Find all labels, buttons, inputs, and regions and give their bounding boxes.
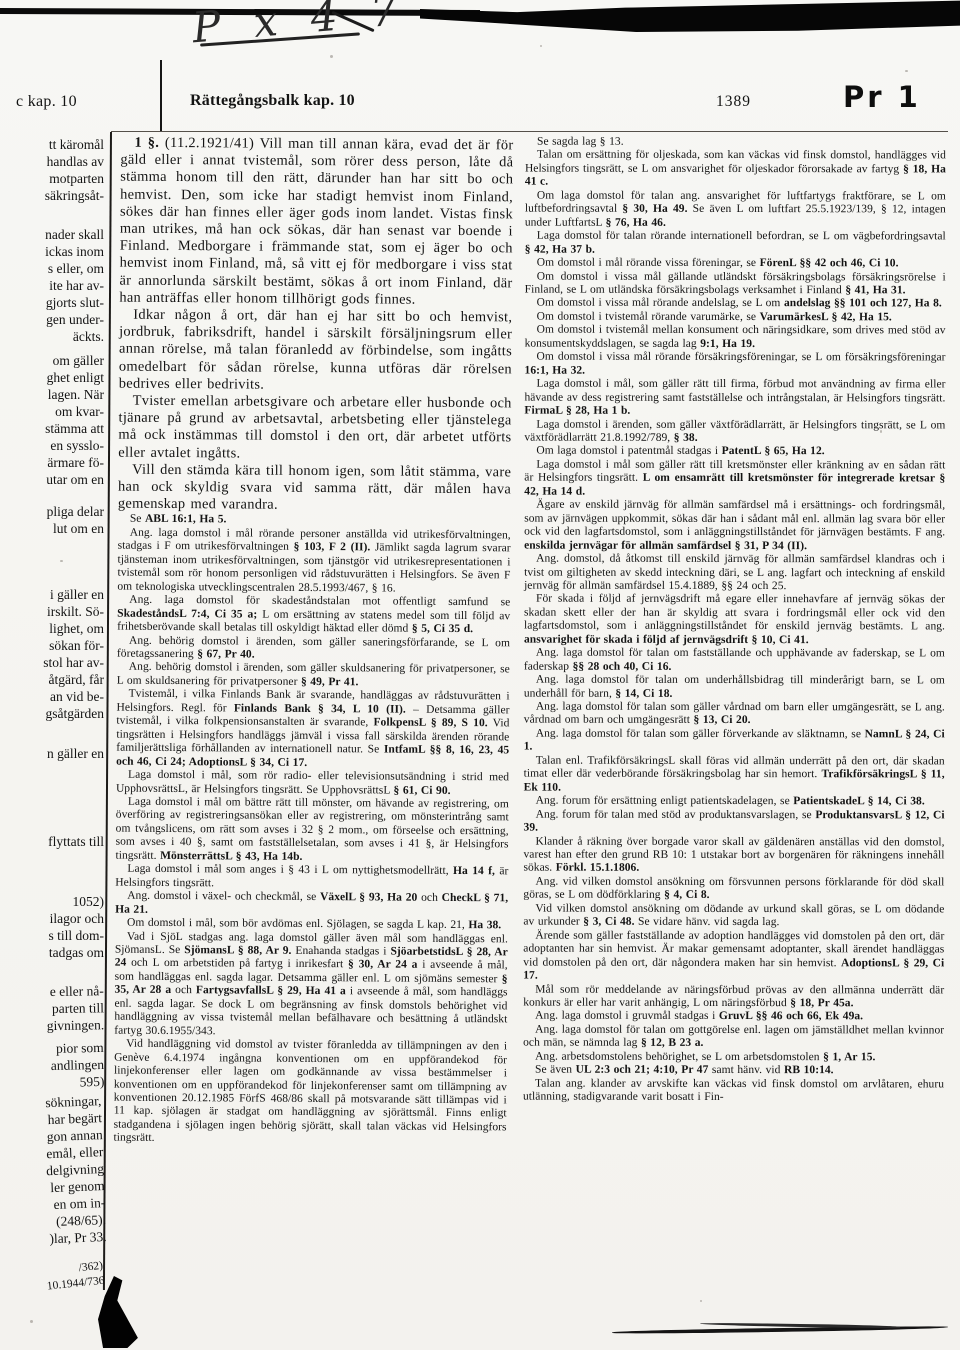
page-number: 1389 [716,93,751,111]
statute-paragraph: Vill den stämda kära till honom igen, so… [118,461,511,515]
annotation-paragraph: Om laga domstol för talan ang. ansvarigh… [525,189,946,230]
margin-text-fragment: nader skallickas inoms eller, omite har … [2,226,104,345]
margin-text-fragment: tt käromålhandlas avmotpartensäkringsåt- [2,136,104,204]
annotation-paragraph: Tvistemål, i vilka Finlands Bank är svar… [116,688,510,771]
margin-fragment-line: lut om en [2,520,104,537]
annotation-paragraph: Mål som rör meddelande av näringsförbud … [523,983,944,1011]
margin-text-fragment: /362)10.1944/736 [1,1259,106,1299]
annotation-paragraph: För skada i följd af jernvägsdrift må eg… [524,593,945,648]
annotation-paragraph: Ang. laga domstol för talan om fastställ… [524,647,945,675]
margin-fragment-line: e eller nå- [2,982,104,1000]
header-divider-line [160,60,162,132]
margin-fragment-line: s eller, om [2,260,104,277]
margin-fragment-line: gsåtgärden [2,705,104,722]
statute-paragraph: Tvister emellan arbetsgivare och arbetar… [118,393,511,465]
margin-text-fragment: e eller nå-parten tillgivningen. [2,982,105,1034]
annotation-paragraph: Vid vilken domstol ansökning om dödande … [523,902,944,930]
annotation-paragraph: Ang. domstol i växel- och checkmål, se V… [115,890,508,920]
margin-fragment-line: i gäller en [2,586,104,603]
margin-fragment-line: motparten [2,170,104,187]
margin-fragment-line: 595) [2,1073,104,1092]
scan-speck [540,45,542,47]
margin-fragment-line: gjorts slut- [2,294,104,311]
annotation-paragraph: Om domstol i tvistemål mellan konsument … [525,324,946,352]
annotation-paragraph: Se sagda lag § 13. [525,136,946,150]
margin-fragment-line: tadgas om [2,944,104,961]
margin-text-fragment: n gäller en [2,745,104,762]
annotation-paragraph: Ang. forum för talan med stöd av produkt… [524,808,945,836]
margin-fragment-line: parten till [2,999,104,1017]
scan-speck [330,55,333,58]
section-code: Pr 1 [843,80,921,114]
margin-fragment-line: ghet enligt [2,369,104,386]
margin-fragment-line: ickas inom [2,243,104,260]
margin-fragment-line: om kvar- [2,403,104,420]
margin-fragment-line: pior som [1,1039,103,1058]
margin-fragment-line: säkringsåt- [2,187,104,204]
statute-paragraph: Idkar någon å ort, där han ej har sitt b… [119,307,513,396]
margin-fragment-line: n gäller en [2,745,104,762]
scan-speck [30,1320,33,1323]
annotation-paragraph: Ang. behörig domstol i ärenden, som gäll… [117,634,510,664]
annotation-paragraph: Ang. laga domstol för talan om underhåll… [524,674,945,702]
annotation-paragraph: Laga domstol i mål, som rör radio- eller… [116,769,509,799]
annotation-paragraph: Om domstol i vissa mål rörande försäkrin… [525,351,946,379]
annotation-paragraph: Om domstol i vissa mål rörande andelslag… [525,297,946,311]
margin-fragment-line: flyttats till [2,833,104,850]
annotation-paragraph: Vad i SjöL stadgas ang. laga domstol gäl… [114,930,508,1040]
annotation-paragraph: Om domstol i tvistemål rörande varumärke… [525,310,946,324]
annotation-paragraph: Laga domstol för talan rörande internati… [525,230,946,258]
page-title: Rättegångsbalk kap. 10 [190,92,355,110]
margin-fragment-line: äckts. [2,328,104,345]
left-text-column: 1 §. (11.2.1921/41) Vill man till annan … [113,135,513,1148]
margin-fragment-line: lagen. När [2,386,104,403]
annotation-paragraph: Laga domstol i mål, som gäller rätt till… [524,378,945,419]
margin-text-fragment: pliga delarlut om en [2,503,104,537]
scanned-law-page: { "header": { "margin_fragment": "c kap.… [0,0,960,1350]
annotation-paragraph: Vid handläggning vid domstol av tvister … [113,1038,507,1148]
annotation-paragraph: Laga domstol i mål som gäller rätt till … [524,458,945,499]
annotation-paragraph: Ang. laga domstol i mål rörande personer… [117,527,510,597]
margin-fragment-line: ilagor och [2,910,104,927]
scan-speck [700,1300,702,1302]
annotation-paragraph: Se även UL 2:3 och 21; 4:10, Pr 47 samt … [523,1064,944,1078]
annotation-paragraph: Talan enl. TrafikförsäkringsL skall föra… [524,754,945,795]
margin-text-fragment: om gällerghet enligtlagen. Närom kvar-st… [2,352,104,488]
annotation-paragraph: Ang. laga domstol för talan om gottgörel… [523,1023,944,1051]
margin-fragment-line: stol har av- [2,654,104,671]
right-text-column: Se sagda lag § 13.Talan om ersättning fö… [523,136,946,1106]
margin-text-fragment: pior somandlingen595) [1,1039,104,1092]
margin-fragment-line: andlingen [2,1056,104,1075]
annotation-paragraph: Om domstol i mål rörande vissa föreninga… [525,257,946,271]
margin-fragment-line: utar om en [2,471,104,488]
annotation-paragraph: Ang. laga domstol i gruvmål stadgas i Gr… [523,1010,944,1024]
margin-fragment-line: s till dom- [2,927,104,944]
annotation-paragraph: Ang. behörig domstol i ärenden, som gäll… [117,661,510,691]
margin-fragment-line: 1052) [2,893,104,910]
annotation-paragraph: Laga domstol i mål som anges i § 43 i L … [115,863,508,893]
margin-fragment-line: givningen. [2,1016,104,1034]
annotation-paragraph: Ägare av enskild järnväg för allmän samf… [524,499,945,554]
margin-fragment-line: gen under- [2,311,104,328]
facing-page-header-fragment: c kap. 10 [16,93,77,111]
annotation-paragraph: Talan om ersättning för oljeskada, som k… [525,149,946,190]
margin-fragment-line: en sysslo- [2,437,104,454]
header-rule-line [111,131,948,132]
annotation-paragraph: Ang. vid vilken domstol ansökning om för… [523,875,944,903]
annotation-paragraph: Om domstol i vissa mål gällande utländsk… [525,270,946,298]
margin-fragment-line: tt käromål [2,136,104,153]
margin-fragment-line: om gäller [2,352,104,369]
margin-fragment-line: pliga delar [2,503,104,520]
margin-fragment-line: an vid be- [2,688,104,705]
margin-fragment-line: ärmare fö- [2,454,104,471]
margin-divider-line [103,132,112,1290]
margin-fragment-line: stämma att [2,420,104,437]
annotation-paragraph: Laga domstol i mål om bättre rätt till m… [115,796,508,866]
scan-speck [905,70,908,72]
annotation-paragraph: Laga domstol i ärenden, som gäller växtf… [524,418,945,446]
margin-fragment-line: nader skall [2,226,104,243]
annotation-paragraph: Ang. laga domstol för talan som gäller f… [524,727,945,755]
annotation-paragraph: Ang. laga domstol för talan som gäller v… [524,701,945,729]
annotation-paragraph: Om laga domstol i patentmål stadgas i Pa… [524,445,945,459]
margin-fragment-line: ite har av- [2,277,104,294]
margin-text-fragment: sökningar,har begärtgon annanemål, eller… [0,1092,107,1249]
annotation-paragraph: Ang. forum för ersättning enligt patient… [524,795,945,809]
annotation-paragraph: Klander å räkning över borgade varor ska… [523,835,944,876]
margin-fragment-line: irskilt. Sö- [2,603,104,620]
margin-fragment-line: handlas av [2,153,104,170]
annotation-paragraph: Ang. arbetsdomstolens behörighet, se L o… [523,1050,944,1064]
margin-fragment-line: )lar, Pr 33. [4,1228,107,1249]
margin-fragment-line: åtgärd, får [2,671,104,688]
margin-text-fragment: 1052)ilagor ochs till dom-tadgas om [2,893,104,961]
margin-text-fragment: flyttats till [2,833,104,850]
statute-paragraph: 1 §. (11.2.1921/41) Vill man till annan … [119,135,513,310]
margin-fragment-line: sökan för- [2,637,104,654]
scan-edge-bar-thick [420,0,960,32]
margin-fragment-line: lighet, om [2,620,104,637]
scan-speck [60,560,63,562]
annotation-paragraph: Talan ang. klander av arvskifte kan väck… [523,1077,944,1105]
annotation-paragraph: Ärende som gäller fastställande av adopt… [523,929,944,984]
margin-text-fragment: i gäller enirskilt. Sö-lighet, omsökan f… [2,586,104,722]
annotation-paragraph: Ang. domstol, då åtkomst till enskild jä… [524,553,945,594]
annotation-paragraph: Ang. laga domstol för skadeståndstalan m… [117,594,510,637]
